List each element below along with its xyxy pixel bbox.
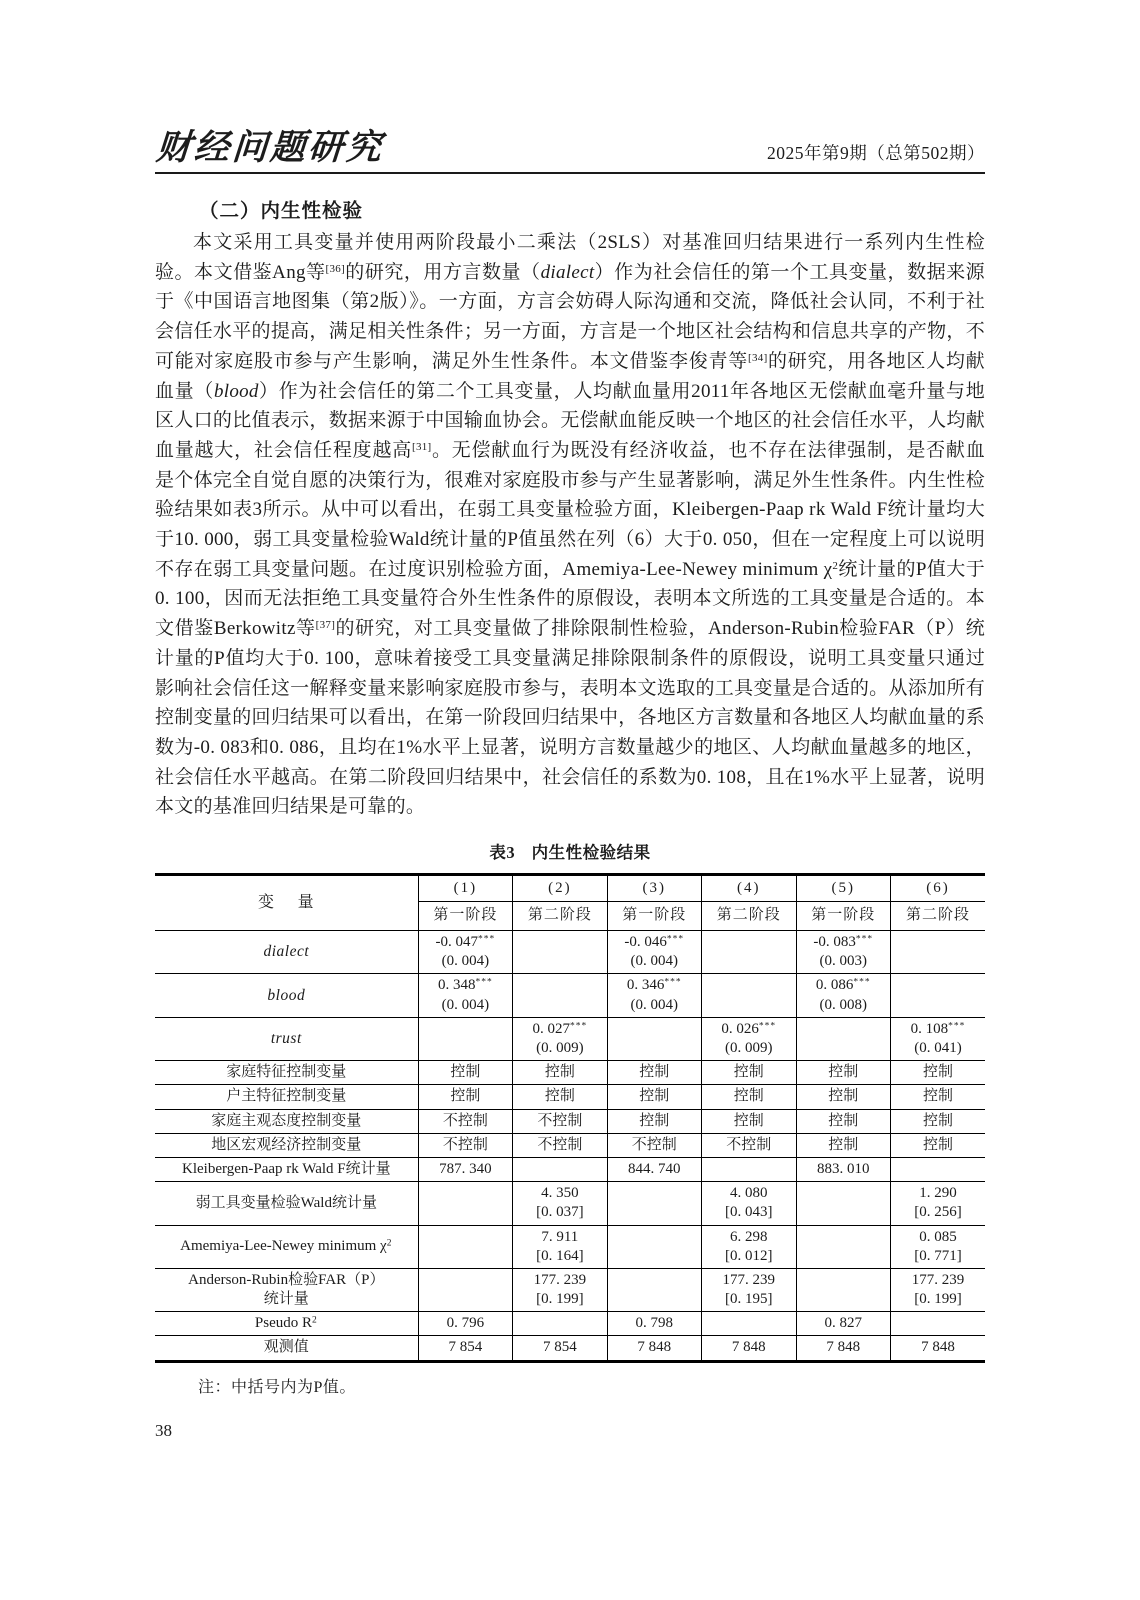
cell-pvalue: [0. 164] (515, 1247, 604, 1266)
table-cell (418, 1182, 512, 1225)
table-cell: 控制 (796, 1061, 890, 1085)
cell-value: 控制 (923, 1088, 953, 1104)
cell-pvalue: (0. 041) (893, 1039, 983, 1058)
cell-value: 控制 (734, 1113, 764, 1129)
stage-header: 第一阶段 (607, 902, 701, 931)
table-cell: 7 848 (607, 1336, 701, 1361)
table-title: 表3内生性检验结果 (155, 839, 985, 863)
table-cell (513, 1312, 607, 1336)
cell-pvalue: (0. 009) (704, 1039, 793, 1058)
footnote-ref: [31] (412, 441, 432, 453)
table-cell: 0. 086***(0. 008) (796, 974, 890, 1017)
table-cell (890, 974, 985, 1017)
superscript: 2 (312, 1316, 318, 1326)
cell-value: 控制 (923, 1064, 953, 1080)
table-row: 家庭主观态度控制变量不控制不控制控制控制控制控制 (155, 1109, 985, 1133)
stage-header: 第二阶段 (513, 902, 607, 931)
row-label: 家庭主观态度控制变量 (155, 1109, 418, 1133)
cell-pvalue: (0. 003) (799, 952, 888, 971)
table-cell (513, 931, 607, 974)
table-cell (607, 1017, 701, 1060)
table-cell: 不控制 (513, 1133, 607, 1157)
text-run: 的研究，用方言数量（ (345, 262, 541, 283)
row-label-line2: 统计量 (159, 1290, 414, 1309)
table-head: 变 量(1)(2)(3)(4)(5)(6)第一阶段第二阶段第一阶段第二阶段第一阶… (155, 875, 985, 931)
cell-value: 787. 340 (439, 1161, 492, 1177)
table-cell: 控制 (796, 1133, 890, 1157)
row-label-text: Anderson-Rubin检验FAR（P） (188, 1272, 384, 1288)
significance-stars: *** (475, 978, 492, 988)
row-label-text: 地区宏观经济控制变量 (211, 1137, 361, 1153)
row-label: 地区宏观经济控制变量 (155, 1133, 418, 1157)
variable-name: dialect (263, 943, 309, 960)
row-label-text: Kleibergen-Paap rk Wald F统计量 (182, 1161, 391, 1177)
cell-pvalue: [0. 195] (704, 1290, 793, 1309)
table-row: Anderson-Rubin检验FAR（P）统计量177. 239[0. 199… (155, 1268, 985, 1311)
cell-value: 7 848 (637, 1339, 671, 1355)
cell-value: 0. 026 (721, 1021, 759, 1037)
cell-value: 0. 108 (911, 1021, 949, 1037)
cell-pvalue: [0. 256] (893, 1203, 983, 1222)
table-cell: 0. 346***(0. 004) (607, 974, 701, 1017)
table-row: 地区宏观经济控制变量不控制不控制不控制不控制控制控制 (155, 1133, 985, 1157)
row-label-text: 户主特征控制变量 (226, 1088, 346, 1104)
significance-stars: *** (570, 1021, 587, 1031)
page: 财经问题研究 2025年第9期（总第502期） （二）内生性检验 本文采用工具变… (0, 0, 1140, 1600)
table-cell: 控制 (796, 1109, 890, 1133)
issue-info: 2025年第9期（总第502期） (767, 140, 985, 165)
cell-value: 控制 (545, 1088, 575, 1104)
cell-value: 控制 (734, 1064, 764, 1080)
cell-pvalue: (0. 004) (610, 996, 699, 1015)
row-label-text: 观测值 (264, 1339, 309, 1355)
row-label: trust (155, 1017, 418, 1060)
variable-name: dialect (541, 262, 595, 283)
variable-name: blood (214, 381, 259, 402)
cell-value: 7. 911 (541, 1229, 578, 1245)
cell-value: 0. 085 (919, 1229, 957, 1245)
cell-value: 7 854 (543, 1339, 577, 1355)
cell-value: 控制 (923, 1113, 953, 1129)
cell-value: 不控制 (443, 1113, 488, 1129)
cell-value: 7 848 (732, 1339, 766, 1355)
cell-pvalue: [0. 012] (704, 1247, 793, 1266)
cell-value: 1. 290 (919, 1185, 957, 1201)
footnote-ref: [34] (748, 352, 768, 364)
cell-value: 不控制 (537, 1137, 582, 1153)
table-cell (418, 1268, 512, 1311)
cell-value: 控制 (639, 1064, 669, 1080)
table-cell (796, 1268, 890, 1311)
table-cell: 0. 348***(0. 004) (418, 974, 512, 1017)
table-cell: -0. 046***(0. 004) (607, 931, 701, 974)
table-cell (513, 974, 607, 1017)
table-cell: 控制 (607, 1109, 701, 1133)
table-cell: 不控制 (702, 1133, 796, 1157)
table-cell: 7 848 (890, 1336, 985, 1361)
table-cell: 控制 (702, 1109, 796, 1133)
results-table: 变 量(1)(2)(3)(4)(5)(6)第一阶段第二阶段第一阶段第二阶段第一阶… (155, 873, 985, 1363)
table-cell: 不控制 (418, 1109, 512, 1133)
table-row: Pseudo R20. 7960. 7980. 827 (155, 1312, 985, 1336)
table-row: 户主特征控制变量控制控制控制控制控制控制 (155, 1085, 985, 1109)
table-cell (890, 1157, 985, 1181)
table-cell: 177. 239[0. 195] (702, 1268, 796, 1311)
table-cell: 控制 (796, 1085, 890, 1109)
page-header: 财经问题研究 2025年第9期（总第502期） (155, 130, 985, 174)
table-cell: 控制 (513, 1061, 607, 1085)
stage-header: 第一阶段 (796, 902, 890, 931)
row-label-text: Amemiya-Lee-Newey minimum χ (180, 1238, 387, 1254)
cell-value: 0. 348 (438, 977, 476, 993)
cell-value: 7 848 (921, 1339, 955, 1355)
table-cell: 883. 010 (796, 1157, 890, 1181)
significance-stars: *** (948, 1021, 965, 1031)
table-cell: 控制 (607, 1085, 701, 1109)
table-cell (890, 931, 985, 974)
cell-value: -0. 083 (813, 934, 856, 950)
journal-logo: 财经问题研究 (155, 130, 385, 165)
cell-value: 7 854 (448, 1339, 482, 1355)
row-label: Pseudo R2 (155, 1312, 418, 1336)
cell-pvalue: (0. 004) (610, 952, 699, 971)
table-cell: 4. 080[0. 043] (702, 1182, 796, 1225)
table-row: Kleibergen-Paap rk Wald F统计量787. 340844.… (155, 1157, 985, 1181)
table-cell (702, 931, 796, 974)
section-heading: （二）内生性检验 (199, 195, 985, 223)
table-cell: 7 848 (702, 1336, 796, 1361)
cell-value: 0. 086 (816, 977, 854, 993)
table-cell: 844. 740 (607, 1157, 701, 1181)
table-cell: 7 854 (418, 1336, 512, 1361)
table-cell: 787. 340 (418, 1157, 512, 1181)
stage-header: 第二阶段 (890, 902, 985, 931)
table-cell: 7 854 (513, 1336, 607, 1361)
table-cell: 0. 796 (418, 1312, 512, 1336)
cell-value: 控制 (639, 1088, 669, 1104)
table-cell: 不控制 (513, 1109, 607, 1133)
superscript: 2 (387, 1238, 393, 1248)
table-cell: 0. 798 (607, 1312, 701, 1336)
cell-pvalue: [0. 199] (515, 1290, 604, 1309)
table-cell (607, 1182, 701, 1225)
table-row: Amemiya-Lee-Newey minimum χ27. 911[0. 16… (155, 1225, 985, 1268)
cell-value: 844. 740 (628, 1161, 681, 1177)
table-cell (418, 1017, 512, 1060)
variable-column-header: 变 量 (155, 875, 418, 931)
table-cell (796, 1182, 890, 1225)
column-number-header: (6) (890, 875, 985, 902)
table-cell: 7 848 (796, 1336, 890, 1361)
cell-value: 6. 298 (730, 1229, 768, 1245)
cell-value: 883. 010 (817, 1161, 870, 1177)
cell-value: 控制 (828, 1088, 858, 1104)
cell-value: 不控制 (537, 1113, 582, 1129)
table-cell (702, 1157, 796, 1181)
table-cell: 0. 085[0. 771] (890, 1225, 985, 1268)
cell-pvalue: [0. 199] (893, 1290, 983, 1309)
page-number: 38 (155, 1421, 985, 1441)
significance-stars: *** (664, 978, 681, 988)
table-cell: 7. 911[0. 164] (513, 1225, 607, 1268)
significance-stars: *** (478, 934, 495, 944)
column-number-header: (5) (796, 875, 890, 902)
cell-value: 控制 (828, 1064, 858, 1080)
row-label-text: Pseudo R (255, 1315, 312, 1331)
cell-value: 4. 080 (730, 1185, 768, 1201)
table-number: 表3 (489, 843, 515, 862)
cell-value: 177. 239 (912, 1272, 965, 1288)
significance-stars: *** (853, 978, 870, 988)
row-label: 弱工具变量检验Wald统计量 (155, 1182, 418, 1225)
column-number-header: (3) (607, 875, 701, 902)
table-cell: 6. 298[0. 012] (702, 1225, 796, 1268)
table-cell: 177. 239[0. 199] (513, 1268, 607, 1311)
cell-value: 不控制 (726, 1137, 771, 1153)
text-run: 的研究，对工具变量做了排除限制性检验，Anderson-Rubin检验FAR（P… (155, 618, 985, 817)
table-row: 观测值7 8547 8547 8487 8487 8487 848 (155, 1336, 985, 1361)
row-label: 观测值 (155, 1336, 418, 1361)
table-cell: 0. 108***(0. 041) (890, 1017, 985, 1060)
table-cell: 0. 026***(0. 009) (702, 1017, 796, 1060)
row-label: 家庭特征控制变量 (155, 1061, 418, 1085)
table-cell: 177. 239[0. 199] (890, 1268, 985, 1311)
cell-value: 控制 (734, 1088, 764, 1104)
row-label: dialect (155, 931, 418, 974)
column-number-header: (2) (513, 875, 607, 902)
significance-stars: *** (856, 934, 873, 944)
footnote-ref: [36] (326, 263, 346, 275)
table-cell: 控制 (513, 1085, 607, 1109)
table-cell: -0. 047***(0. 004) (418, 931, 512, 974)
table-row: 家庭特征控制变量控制控制控制控制控制控制 (155, 1061, 985, 1085)
table-cell (796, 1017, 890, 1060)
cell-value: 控制 (828, 1137, 858, 1153)
cell-pvalue: [0. 037] (515, 1203, 604, 1222)
cell-value: 控制 (923, 1137, 953, 1153)
cell-value: 控制 (450, 1064, 480, 1080)
cell-value: 0. 827 (824, 1315, 862, 1331)
table-cell: -0. 083***(0. 003) (796, 931, 890, 974)
table-cell: 控制 (418, 1061, 512, 1085)
table-cell (607, 1225, 701, 1268)
table-cell: 0. 027***(0. 009) (513, 1017, 607, 1060)
cell-value: 4. 350 (541, 1185, 579, 1201)
table-cell: 控制 (890, 1061, 985, 1085)
table-cell (796, 1225, 890, 1268)
table-cell: 1. 290[0. 256] (890, 1182, 985, 1225)
table-row: trust0. 027***(0. 009)0. 026***(0. 009)0… (155, 1017, 985, 1060)
table-cell: 控制 (702, 1061, 796, 1085)
table-cell: 0. 827 (796, 1312, 890, 1336)
table-cell: 不控制 (607, 1133, 701, 1157)
row-label: Amemiya-Lee-Newey minimum χ2 (155, 1225, 418, 1268)
cell-value: 0. 027 (532, 1021, 570, 1037)
table-cell: 控制 (890, 1085, 985, 1109)
table-cell (702, 974, 796, 1017)
table-cell (607, 1268, 701, 1311)
cell-value: 177. 239 (723, 1272, 776, 1288)
cell-value: 0. 346 (627, 977, 665, 993)
cell-value: 0. 796 (447, 1315, 485, 1331)
table-cell: 控制 (702, 1085, 796, 1109)
row-label: Kleibergen-Paap rk Wald F统计量 (155, 1157, 418, 1181)
cell-pvalue: (0. 009) (515, 1039, 604, 1058)
table-cell: 不控制 (418, 1133, 512, 1157)
variable-name: trust (271, 1030, 302, 1047)
cell-value: 控制 (639, 1113, 669, 1129)
table-row: 弱工具变量检验Wald统计量4. 350[0. 037]4. 080[0. 04… (155, 1182, 985, 1225)
cell-value: 不控制 (632, 1137, 677, 1153)
table-cell (418, 1225, 512, 1268)
cell-value: 177. 239 (534, 1272, 587, 1288)
cell-value: 不控制 (443, 1137, 488, 1153)
cell-value: 0. 798 (636, 1315, 674, 1331)
cell-pvalue: (0. 004) (421, 996, 510, 1015)
table-row: dialect-0. 047***(0. 004)-0. 046***(0. 0… (155, 931, 985, 974)
cell-value: -0. 047 (435, 934, 478, 950)
cell-value: 控制 (450, 1088, 480, 1104)
table-row: blood0. 348***(0. 004)0. 346***(0. 004)0… (155, 974, 985, 1017)
row-label: Anderson-Rubin检验FAR（P）统计量 (155, 1268, 418, 1311)
stage-header: 第一阶段 (418, 902, 512, 931)
table-cell: 控制 (418, 1085, 512, 1109)
cell-value: 7 848 (826, 1339, 860, 1355)
row-label: 户主特征控制变量 (155, 1085, 418, 1109)
table-cell: 控制 (890, 1109, 985, 1133)
body-paragraph: 本文采用工具变量并使用两阶段最小二乘法（2SLS）对基准回归结果进行一系列内生性… (155, 228, 985, 822)
cell-pvalue: [0. 771] (893, 1247, 983, 1266)
row-label-text: 弱工具变量检验Wald统计量 (196, 1195, 377, 1211)
row-label-text: 家庭特征控制变量 (226, 1064, 346, 1080)
cell-value: -0. 046 (624, 934, 667, 950)
footnote-ref: [37] (316, 619, 336, 631)
table-body: dialect-0. 047***(0. 004)-0. 046***(0. 0… (155, 931, 985, 1362)
cell-pvalue: (0. 008) (799, 996, 888, 1015)
table-cell (702, 1312, 796, 1336)
table-cell (890, 1312, 985, 1336)
cell-value: 控制 (828, 1113, 858, 1129)
table-cell: 控制 (890, 1133, 985, 1157)
table-cell: 控制 (607, 1061, 701, 1085)
column-number-header: (4) (702, 875, 796, 902)
table-cell (513, 1157, 607, 1181)
column-number-header: (1) (418, 875, 512, 902)
table-cell: 4. 350[0. 037] (513, 1182, 607, 1225)
table-title-text: 内生性检验结果 (532, 843, 651, 862)
stage-header: 第二阶段 (702, 902, 796, 931)
cell-pvalue: [0. 043] (704, 1203, 793, 1222)
cell-value: 控制 (545, 1064, 575, 1080)
significance-stars: *** (667, 934, 684, 944)
row-label-text: 家庭主观态度控制变量 (211, 1113, 361, 1129)
cell-pvalue: (0. 004) (421, 952, 510, 971)
variable-name: blood (267, 987, 305, 1004)
significance-stars: *** (759, 1021, 776, 1031)
table-note: 注：中括号内为P值。 (155, 1374, 985, 1397)
row-label: blood (155, 974, 418, 1017)
table-header-row: 变 量(1)(2)(3)(4)(5)(6) (155, 875, 985, 902)
